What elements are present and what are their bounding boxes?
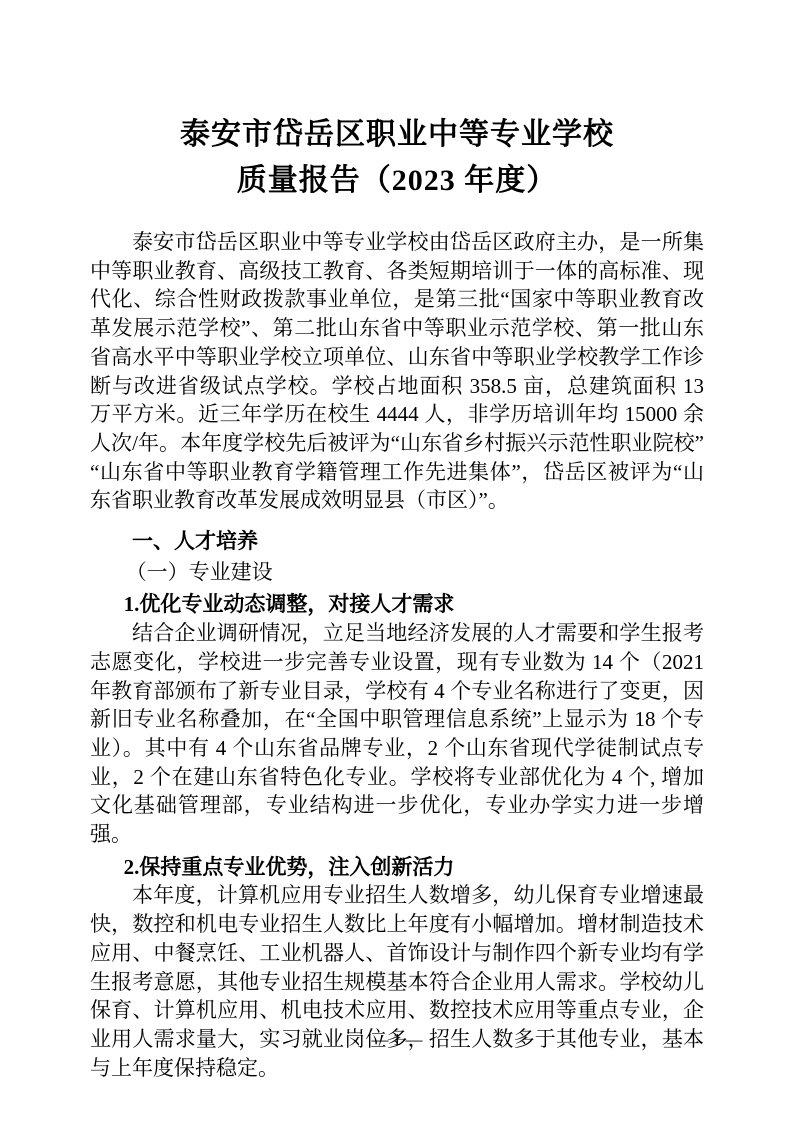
- heading-talent-cultivation: 一、人才培养: [90, 527, 704, 556]
- document-content: 泰安市岱岳区职业中等专业学校 质量报告（2023 年度） 泰安市岱岳区职业中等专…: [90, 0, 704, 1082]
- report-title: 泰安市岱岳区职业中等专业学校 质量报告（2023 年度）: [90, 0, 704, 204]
- heading-key-major-advantage: 2.保持重点专业优势，注入创新活力: [90, 853, 704, 882]
- paragraph-school-overview: 泰安市岱岳区职业中等专业学校由岱岳区政府主办，是一所集中等职业教育、高级技工教育…: [90, 228, 704, 515]
- report-body: 泰安市岱岳区职业中等专业学校由岱岳区政府主办，是一所集中等职业教育、高级技工教育…: [90, 228, 704, 1082]
- heading-major-construction: （一）专业建设: [90, 558, 704, 587]
- page-number: — 1 —: [0, 1030, 794, 1050]
- heading-optimize-major-adjustment: 1.优化专业动态调整，对接人才需求: [90, 590, 704, 619]
- report-title-line-2: 质量报告（2023 年度）: [90, 158, 704, 204]
- paragraph-enrollment-status: 本年度，计算机应用专业招生人数增多，幼儿保育专业增速最快，数控和机电专业招生人数…: [90, 881, 704, 1082]
- report-title-line-1: 泰安市岱岳区职业中等专业学校: [90, 112, 704, 158]
- paragraph-major-adjustment: 结合企业调研情况，立足当地经济发展的人才需要和学生报考志愿变化，学校进一步完善专…: [90, 619, 704, 849]
- document-page: 泰安市岱岳区职业中等专业学校 质量报告（2023 年度） 泰安市岱岳区职业中等专…: [0, 0, 794, 1123]
